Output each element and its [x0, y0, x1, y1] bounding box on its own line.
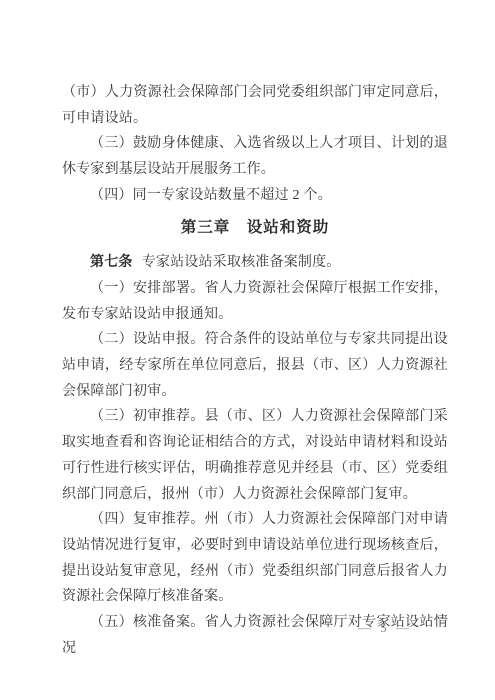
- procedure-step-1: （一）安排部署。省人力资源社会保障厅根据工作安排，发布专家站设站申报通知。: [62, 276, 448, 327]
- article-7-label: 第七条: [90, 255, 133, 270]
- procedure-step-4: （四）复审推荐。州（市）人力资源社会保障部门对申请设站情况进行复审，必要时到申请…: [62, 507, 448, 610]
- procedure-step-3: （三）初审推荐。县（市、区）人力资源社会保障部门采取实地查看和咨询论证相结合的方…: [62, 404, 448, 507]
- document-page: （市）人力资源社会保障部门会同党委组织部门审定同意后，可申请设站。 （三）鼓励身…: [0, 0, 495, 700]
- chapter-heading: 第三章 设站和资助: [62, 215, 448, 241]
- list-item-4: （四）同一专家设站数量不超过 2 个。: [62, 183, 448, 209]
- paragraph-continuation: （市）人力资源社会保障部门会同党委组织部门审定同意后，可申请设站。: [62, 80, 448, 131]
- article-7: 第七条专家站设站采取核准备案制度。: [62, 250, 448, 276]
- article-7-text: 专家站设站采取核准备案制度。: [142, 255, 341, 270]
- document-body: （市）人力资源社会保障部门会同党委组织部门审定同意后，可申请设站。 （三）鼓励身…: [62, 80, 448, 661]
- procedure-step-2: （二）设站申报。符合条件的设站单位与专家共同提出设站申请，经专家所在单位同意后，…: [62, 327, 448, 404]
- list-item-3: （三）鼓励身体健康、入选省级以上人才项目、计划的退休专家到基层设站开展服务工作。: [62, 131, 448, 182]
- page-number: — 5 —: [358, 620, 412, 636]
